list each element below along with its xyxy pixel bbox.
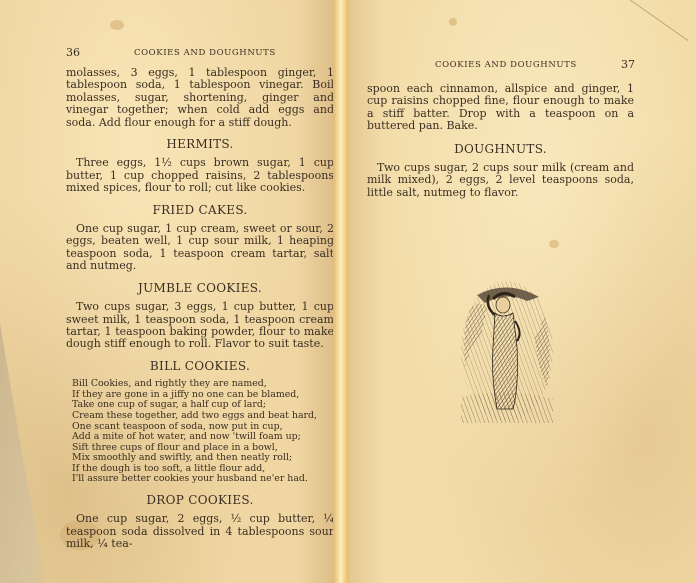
poem-line: Cream these together, add two eggs and b… [72,411,334,422]
running-head: COOKIES AND DOUGHNUTS [134,48,276,58]
folded-corner [0,323,70,583]
engraving-woman-in-field-icon [457,277,557,425]
recipe-body-doughnuts: Two cups sugar, 2 cups sour milk (cream … [367,162,634,199]
continuation-text: molasses, 3 eggs, 1 tablespoon ginger, 1… [66,67,334,129]
continuation-text: spoon each cinnamon, allspice and ginger… [367,83,634,133]
running-head: COOKIES AND DOUGHNUTS [435,60,577,70]
recipe-body-fried-cakes: One cup sugar, 1 cup cream, sweet or sou… [66,223,334,273]
page-crease [628,0,688,41]
page-number: 36 [66,46,80,59]
recipe-body-jumble-cookies: Two cups sugar, 3 eggs, 1 cup butter, 1 … [66,301,334,351]
paper-stain [549,240,559,248]
page-number: 37 [621,58,635,71]
poem-line: I'll assure better cookies your husband … [72,474,334,485]
right-page-text: spoon each cinnamon, allspice and ginger… [367,83,634,199]
recipe-title-drop-cookies: DROP COOKIES. [66,494,334,506]
recipe-title-jumble-cookies: JUMBLE COOKIES. [66,282,334,294]
left-page: 36 COOKIES AND DOUGHNUTS molasses, 3 egg… [0,0,337,583]
recipe-body-hermits: Three eggs, 1½ cups brown sugar, 1 cup b… [66,157,334,194]
left-page-text: molasses, 3 eggs, 1 tablespoon ginger, 1… [66,67,334,551]
recipe-body-drop-cookies: One cup sugar, 2 eggs, ½ cup butter, ¼ t… [66,513,334,550]
recipe-title-bill-cookies: BILL COOKIES. [66,360,334,372]
recipe-title-hermits: HERMITS. [66,138,334,150]
recipe-title-doughnuts: DOUGHNUTS. [367,143,634,155]
recipe-title-fried-cakes: FRIED CAKES. [66,204,334,216]
paper-stain [110,20,124,30]
bill-cookies-poem: Bill Cookies, and rightly they are named… [66,379,334,485]
paper-stain [449,18,457,26]
book-spread: 36 COOKIES AND DOUGHNUTS molasses, 3 egg… [0,0,696,583]
